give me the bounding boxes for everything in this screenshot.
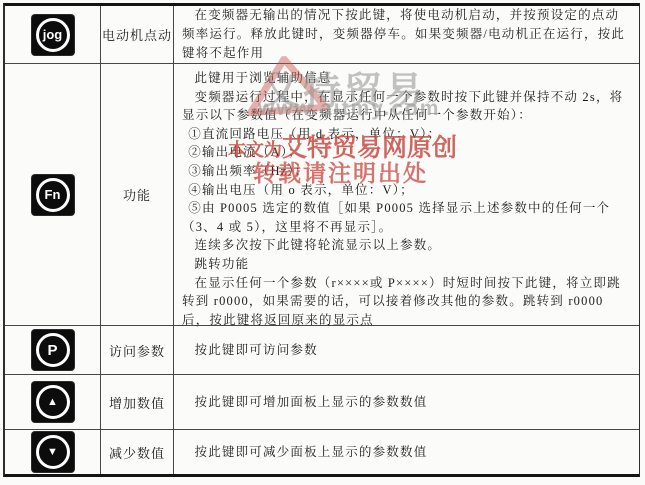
up-key-cell: ▲	[5, 374, 100, 429]
up-key-name: 增加数值	[100, 374, 173, 429]
p-key-icon: P	[32, 330, 74, 370]
down-arrow-glyph: ▼	[36, 435, 70, 469]
fn-desc-line: 在显示任何一个参数（r××××或 P××××）时短时间按下此键，将立即跳转到 r…	[182, 274, 629, 330]
down-key-description: 按此键即可减少面板上显示的参数数值	[173, 429, 639, 474]
jog-key-name: 电动机点动	[100, 6, 173, 63]
up-key-description-text: 按此键即可增加面板上显示的参数数值	[182, 393, 427, 412]
up-key-description: 按此键即可增加面板上显示的参数数值	[173, 374, 639, 429]
fn-desc-item-1: ①直流回路电压（用 d 表示，单位：V）；	[182, 125, 629, 144]
fn-desc-line: 此键用于浏览辅助信息	[182, 69, 629, 88]
p-key-label: P	[36, 333, 70, 367]
keypad-function-table: jog 电动机点动 在变频器无输出的情况下按此键，将使电动机启动，并按预设定的点…	[3, 3, 640, 477]
fn-desc-line: 变频器运行过程中，在显示任何一个参数时按下此键并保持不动 2s，将显示以下参数值…	[182, 88, 629, 125]
fn-key-label: Fn	[36, 178, 70, 212]
fn-key-description: 此键用于浏览辅助信息 变频器运行过程中，在显示任何一个参数时按下此键并保持不动 …	[173, 63, 639, 325]
p-key-description: 按此键即可访问参数	[173, 325, 639, 374]
p-key-cell: P	[5, 325, 100, 374]
fn-key-name: 功能	[100, 63, 173, 325]
fn-desc-item-3: ③输出频率（Hz）；	[182, 162, 629, 181]
scanned-manual-page: jog 电动机点动 在变频器无输出的情况下按此键，将使电动机启动，并按预设定的点…	[0, 0, 645, 485]
fn-key-icon: Fn	[32, 175, 74, 215]
jog-key-description-text: 在变频器无输出的情况下按此键，将使电动机启动，并按预设定的点动频率运行。释放此键…	[182, 6, 629, 63]
jog-key-label: jog	[36, 18, 70, 52]
fn-desc-line: 跳转功能	[182, 255, 629, 274]
fn-desc-line: 连续多次按下此键将轮流显示以上参数。	[182, 236, 629, 255]
jog-key-cell: jog	[5, 6, 100, 63]
fn-desc-item-4: ④输出电压（用 o 表示，单位：V）；	[182, 181, 629, 200]
fn-desc-item-5: ⑤由 P0005 选定的数值［如果 P0005 选择显示上述参数中的任何一个（3…	[182, 199, 629, 236]
down-key-name: 减少数值	[100, 429, 173, 474]
down-key-cell: ▼	[5, 429, 100, 474]
up-arrow-key-icon: ▲	[32, 382, 74, 422]
jog-key-icon: jog	[32, 15, 74, 55]
fn-desc-item-2: ②输出电流（A）；	[182, 143, 629, 162]
up-arrow-glyph: ▲	[36, 385, 70, 419]
fn-key-cell: Fn	[5, 63, 100, 325]
down-arrow-key-icon: ▼	[32, 432, 74, 472]
jog-key-description: 在变频器无输出的情况下按此键，将使电动机启动，并按预设定的点动频率运行。释放此键…	[173, 6, 639, 63]
down-key-description-text: 按此键即可减少面板上显示的参数数值	[182, 443, 427, 462]
p-key-name: 访问参数	[100, 325, 173, 374]
p-key-description-text: 按此键即可访问参数	[182, 341, 318, 360]
